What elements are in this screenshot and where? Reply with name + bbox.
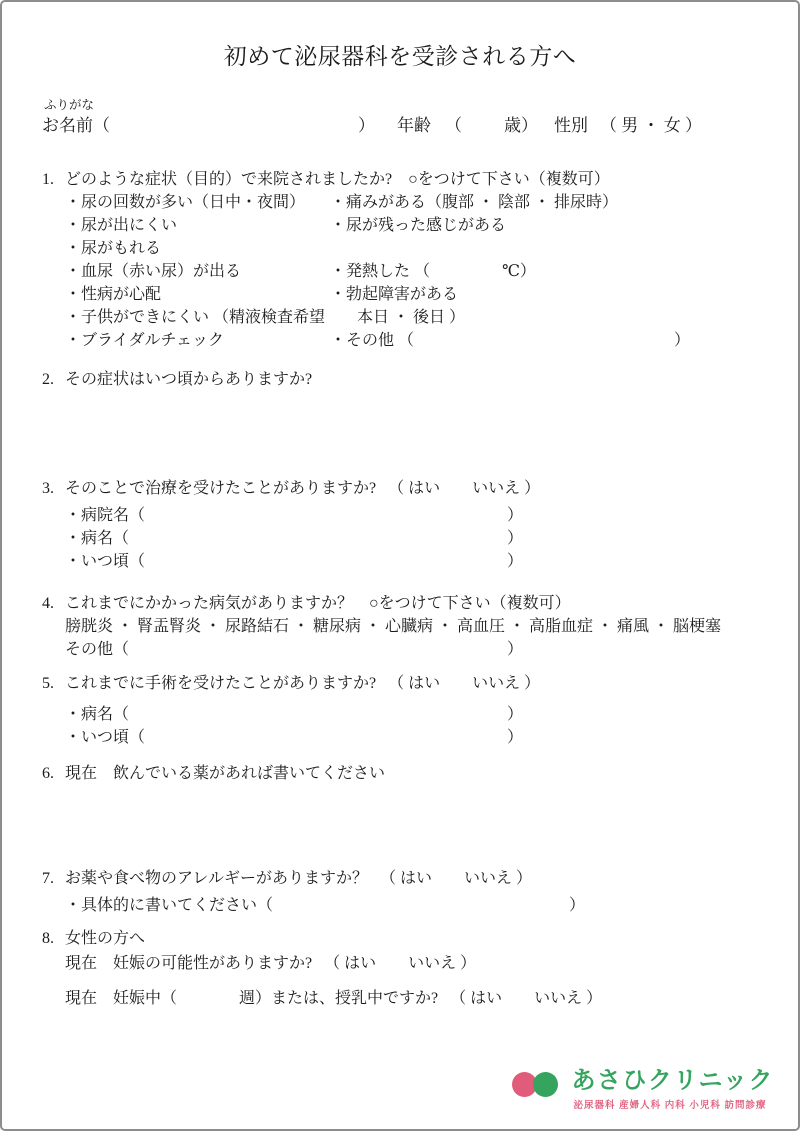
- q2-number: 2.: [42, 368, 65, 391]
- q1-row-5: ・性病が心配 ・勃起障害がある: [65, 283, 758, 306]
- q3-hospital-field: ・病院名（ ）: [65, 504, 523, 527]
- q1-number: 1.: [42, 168, 65, 191]
- logo-circles-icon: [512, 1072, 558, 1097]
- q5-number: 5.: [42, 672, 65, 695]
- name-label: お名前: [42, 113, 93, 139]
- age-label: 年齢: [397, 113, 431, 139]
- q7-text: お薬や食べ物のアレルギーがありますか？: [65, 867, 368, 890]
- q1-item-leakage: ・尿がもれる: [65, 237, 330, 260]
- q1-item-other: ・その他 （ ）: [330, 329, 690, 352]
- q5-yes-no: （ はい いいえ ）: [388, 672, 540, 695]
- q3-disease-field: ・病名（ ）: [65, 527, 523, 550]
- q1-row-3: ・尿がもれる: [65, 237, 758, 260]
- clinic-name: あさひクリニック: [571, 1067, 774, 1095]
- q5-disease-field: ・病名（ ）: [65, 703, 523, 726]
- q3-yes-no: （ はい いいえ ）: [388, 477, 540, 500]
- q8-pregnant-mid: 週）または、授乳中ですか?: [239, 987, 438, 1010]
- q7-details-field: ・具体的に書いてください（ ）: [65, 894, 585, 917]
- q8-pregnancy-possibility-line: 現在 妊娠の可能性がありますか? （ はい いいえ ）: [65, 952, 758, 975]
- q8-pregnancy-question: 現在 妊娠の可能性がありますか?: [65, 952, 312, 975]
- sex-label: 性別: [554, 113, 588, 139]
- q3-number: 3.: [42, 477, 65, 500]
- q1-item-frequent-urination: ・尿の回数が多い（日中・夜間）: [65, 191, 330, 214]
- q3-when-field: ・いつ頃（ ）: [65, 550, 523, 573]
- q1-row-4: ・血尿（赤い尿）が出る ・発熱した （ ℃）: [65, 260, 758, 283]
- q1-fever-prefix: ・発熱した （: [330, 260, 430, 283]
- q7-yes-no: （ はい いいえ ）: [380, 867, 532, 890]
- question-2: 2. その症状はいつ頃からありますか?: [42, 368, 758, 391]
- question-8: 8. 女性の方へ 現在 妊娠の可能性がありますか? （ はい いいえ ） 現在 …: [42, 927, 758, 1010]
- q4-other-field: その他（ ）: [65, 638, 523, 661]
- q7-details-label: ・具体的に書いてください（: [65, 894, 273, 917]
- q1-text: どのような症状（目的）で来院されましたか? ○をつけて下さい（複数可）: [65, 168, 610, 191]
- q4-other-label: その他（: [65, 638, 129, 661]
- q1-item-std-concern: ・性病が心配: [65, 283, 330, 306]
- furigana-label: ふりがな: [42, 98, 758, 113]
- q8-text: 女性の方へ: [65, 927, 145, 950]
- q1-row-6: ・子供ができにくい （精液検査希望 本日 ・ 後日 ）: [65, 306, 758, 329]
- q5-disease-close-paren: ）: [507, 703, 523, 726]
- q1-other-prefix: ・その他 （: [330, 329, 414, 352]
- q5-when-field: ・いつ頃（ ）: [65, 726, 523, 749]
- question-4: 4. これまでにかかった病気がありますか？ ○をつけて下さい（複数可） 膀胱炎 …: [42, 592, 758, 661]
- page-title: 初めて泌尿器科を受診される方へ: [42, 38, 758, 71]
- q5-disease-label: ・病名（: [65, 703, 129, 726]
- q1-item-bridal-check: ・ブライダルチェック: [65, 329, 330, 352]
- q1-item-infertility: ・子供ができにくい （精液検査希望 本日 ・ 後日 ）: [65, 306, 465, 329]
- q1-item-pain: ・痛みがある（腹部 ・ 陰部 ・ 排尿時）: [330, 191, 618, 214]
- clinic-logo: あさひクリニック 泌尿器科 産婦人科 内科 小児科 訪問診療: [512, 1067, 774, 1111]
- question-6: 6. 現在 飲んでいる薬があれば書いてください: [42, 762, 758, 785]
- green-circle-icon: [533, 1072, 558, 1097]
- q6-number: 6.: [42, 762, 65, 785]
- q1-row-1: ・尿の回数が多い（日中・夜間） ・痛みがある（腹部 ・ 陰部 ・ 排尿時）: [65, 191, 758, 214]
- q1-item-erectile-dysfunction: ・勃起障害がある: [330, 283, 458, 306]
- q4-number: 4.: [42, 592, 65, 615]
- q3-hospital-label: ・病院名（: [65, 504, 145, 527]
- q5-text: これまでに手術を受けたことがありますか?: [65, 672, 376, 695]
- q3-when-close-paren: ）: [507, 550, 523, 573]
- question-7: 7. お薬や食べ物のアレルギーがありますか？ （ はい いいえ ） ・具体的に書…: [42, 867, 758, 917]
- q5-when-close-paren: ）: [507, 726, 523, 749]
- q1-item-residual-feeling: ・尿が残った感じがある: [330, 214, 506, 237]
- q8-pregnant-nursing-line: 現在 妊娠中（ 週）または、授乳中ですか? （ はい いいえ ）: [65, 987, 758, 1010]
- q8-number: 8.: [42, 927, 65, 950]
- q4-disease-list: 膀胱炎 ・ 腎盂腎炎 ・ 尿路結石 ・ 糖尿病 ・ 心臓病 ・ 高血圧 ・ 高脂…: [65, 615, 758, 638]
- q3-disease-label: ・病名（: [65, 527, 129, 550]
- age-open-paren: （: [445, 113, 462, 139]
- q3-hospital-close-paren: ）: [507, 504, 523, 527]
- name-open-paren: （: [93, 113, 110, 139]
- q7-number: 7.: [42, 867, 65, 890]
- q7-details-close-paren: ）: [569, 894, 585, 917]
- q8-pregnancy-yes-no: （ はい いいえ ）: [324, 952, 476, 975]
- q6-text: 現在 飲んでいる薬があれば書いてください: [65, 762, 385, 785]
- q3-when-label: ・いつ頃（: [65, 550, 145, 573]
- q8-nursing-yes-no: （ はい いいえ ）: [450, 987, 602, 1010]
- name-close-paren: ）: [358, 113, 375, 139]
- q1-item-hematuria: ・血尿（赤い尿）が出る: [65, 260, 330, 283]
- q3-text: そのことで治療を受けたことがありますか?: [65, 477, 376, 500]
- q1-item-difficulty-urinating: ・尿が出にくい: [65, 214, 330, 237]
- age-close-paren: 歳）: [504, 113, 538, 139]
- question-1: 1. どのような症状（目的）で来院されましたか? ○をつけて下さい（複数可） ・…: [42, 168, 758, 352]
- sex-options: （ 男 ・ 女 ）: [600, 113, 702, 139]
- question-5: 5. これまでに手術を受けたことがありますか? （ はい いいえ ） ・病名（ …: [42, 672, 758, 749]
- q1-row-2: ・尿が出にくい ・尿が残った感じがある: [65, 214, 758, 237]
- name-row: お名前 （ ） 年齢 （ 歳） 性別 （ 男 ・ 女 ）: [42, 113, 758, 139]
- q8-pregnant-prefix: 現在 妊娠中（: [65, 987, 177, 1010]
- q1-fever-blank-field: [430, 260, 502, 283]
- q1-other-close-paren: ）: [674, 329, 690, 352]
- q2-text: その症状はいつ頃からありますか?: [65, 368, 312, 391]
- q1-item-fever: ・発熱した （ ℃）: [330, 260, 536, 283]
- q4-text: これまでにかかった病気がありますか？ ○をつけて下さい（複数可）: [65, 592, 571, 615]
- q5-when-label: ・いつ頃（: [65, 726, 145, 749]
- q1-fever-unit: ℃）: [502, 260, 536, 283]
- q1-row-7: ・ブライダルチェック ・その他 （ ）: [65, 329, 758, 352]
- question-3: 3. そのことで治療を受けたことがありますか? （ はい いいえ ） ・病院名（…: [42, 477, 758, 573]
- questionnaire-page: 初めて泌尿器科を受診される方へ ふりがな お名前 （ ） 年齢 （ 歳） 性別 …: [0, 0, 800, 1131]
- q3-disease-close-paren: ）: [507, 527, 523, 550]
- clinic-departments: 泌尿器科 産婦人科 内科 小児科 訪問診療: [571, 1100, 774, 1111]
- q4-other-close-paren: ）: [507, 638, 523, 661]
- q8-weeks-blank-field: [177, 987, 239, 1010]
